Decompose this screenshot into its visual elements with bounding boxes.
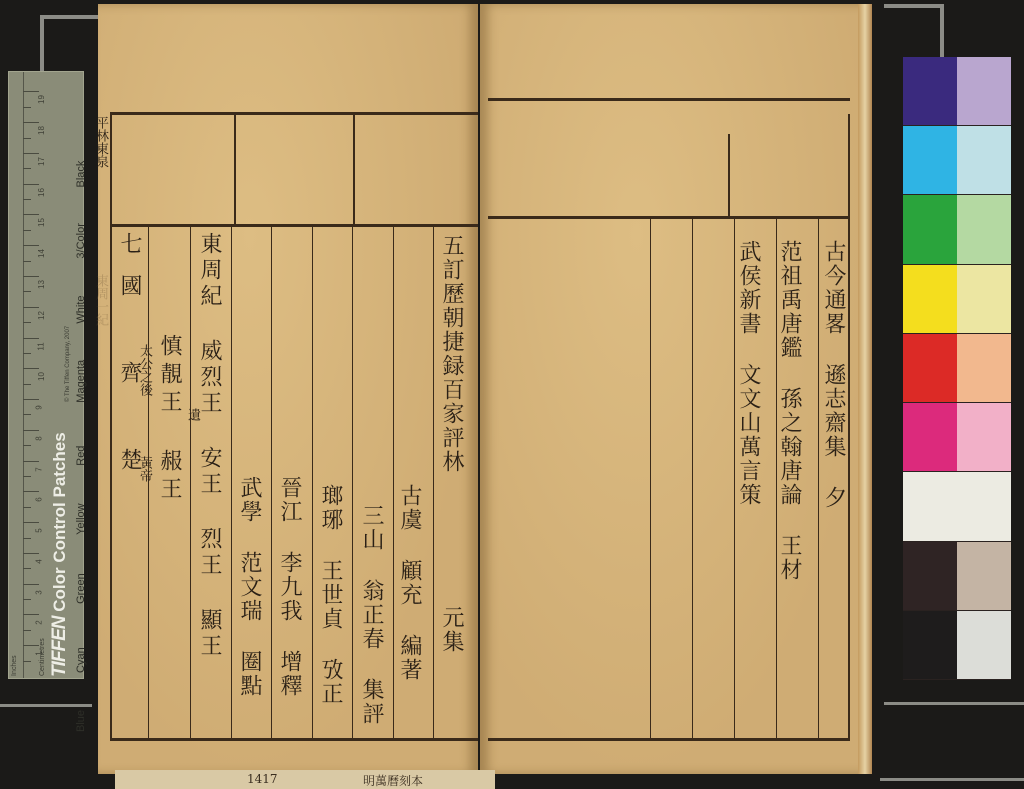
copyright-text: © The Tiffen Company, 2007 xyxy=(65,326,71,402)
ruler-tick xyxy=(23,338,39,339)
column-rule xyxy=(433,226,434,738)
background-line xyxy=(40,15,100,19)
page-edges xyxy=(858,4,872,774)
spine-label: 平林東泉 xyxy=(94,116,107,168)
ruler-tick xyxy=(23,614,39,615)
ruler-tick xyxy=(23,353,31,354)
column-rule xyxy=(650,218,651,738)
color-name: Black xyxy=(75,161,87,188)
color-patch xyxy=(903,542,957,611)
ruler-number: 12 xyxy=(37,311,46,320)
frame-header-bottom xyxy=(110,224,478,227)
ruler-tick xyxy=(23,599,31,600)
column-shenjing-wang: 慎靚王 赧王 xyxy=(158,334,180,505)
frame-bottom xyxy=(110,738,478,741)
color-name: Magenta xyxy=(75,327,87,403)
column-rule xyxy=(271,226,272,738)
column-reference-3: 武侯新書 文文山萬言策 xyxy=(737,240,759,507)
background-line xyxy=(884,702,1024,705)
ruler-tick xyxy=(23,384,31,385)
ruler-tick xyxy=(23,245,39,246)
column-editor-3: 晉江 李九我 增釋 xyxy=(278,476,300,698)
ruler-tick xyxy=(23,584,39,585)
ruler-number: 5 xyxy=(35,528,44,532)
color-patch xyxy=(957,126,1011,195)
color-name: Cyan xyxy=(75,607,87,673)
tiffen-logo: TIFFEN xyxy=(49,617,70,678)
ruler-tick xyxy=(23,261,31,262)
color-patch xyxy=(957,265,1011,334)
column-editor-4: 武學 范文瑞 圈點 xyxy=(238,476,260,698)
title-suffix: 元集 xyxy=(440,606,462,654)
ruler-tick xyxy=(23,322,31,323)
catalog-number: 1417 xyxy=(247,772,278,786)
color-patch xyxy=(903,403,957,472)
ruler-number: 9 xyxy=(35,405,44,409)
color-patch xyxy=(903,265,957,334)
column-author: 古虞 顧充 編著 xyxy=(398,484,420,682)
ruler-number: 16 xyxy=(37,188,46,197)
annotation-yi: 遺 xyxy=(186,408,199,421)
title-column: 五訂歷朝捷録百家評林 xyxy=(440,234,462,474)
ruler-number: 7 xyxy=(35,467,44,471)
right-page: 古今通畧 遜志齋集 ⼣ 范祖禹唐鑑 孫之翰唐論 王材 武侯新書 文文山萬言策 xyxy=(480,4,872,774)
ruler-tick xyxy=(23,122,39,123)
ruler-number: 15 xyxy=(37,219,46,228)
ruler-tick xyxy=(23,399,39,400)
ruler-tick xyxy=(23,430,39,431)
ruler-tick xyxy=(23,507,31,508)
column-reference-2: 范祖禹唐鑑 孫之翰唐論 王材 xyxy=(778,240,800,582)
ruler-number: 2 xyxy=(35,621,44,625)
background-line xyxy=(40,15,44,71)
inch-scale xyxy=(9,72,24,678)
column-reference-1: 古今通畧 遜志齋集 ⼣ xyxy=(822,240,844,510)
ruler-tick xyxy=(23,630,31,631)
color-patch xyxy=(957,334,1011,403)
background-line xyxy=(940,4,944,58)
ruler-tick xyxy=(23,538,31,539)
ruler-tick xyxy=(23,291,31,292)
catalog-label: 1417 明萬曆刻本 xyxy=(115,770,495,789)
color-patch xyxy=(903,472,1011,541)
frame-bottom xyxy=(488,738,850,741)
ruler-tick xyxy=(23,491,39,492)
open-book: 平林東泉 東周一紀 五訂歷朝捷録百家評林 元集 古虞 顧充 編著 三山 翁正春 … xyxy=(92,4,884,774)
column-rule xyxy=(148,226,149,738)
column-rule xyxy=(393,226,394,738)
ruler-tick xyxy=(23,168,31,169)
frame-right xyxy=(848,114,850,740)
color-patch xyxy=(903,334,957,403)
ruler-tick xyxy=(23,153,39,154)
column-rule xyxy=(692,218,693,738)
frame-left xyxy=(110,112,112,740)
column-editor-1: 三山 翁正春 集評 xyxy=(360,504,382,726)
ruler-number: 3 xyxy=(35,590,44,594)
column-eastern-zhou: 東周紀 威烈王 安王 烈王 顯王 xyxy=(198,232,220,660)
color-name: 3/Color xyxy=(75,191,87,259)
ruler-number: 11 xyxy=(37,342,46,350)
ruler-number: 6 xyxy=(35,498,44,502)
color-name: Green xyxy=(75,538,87,604)
centimetre-scale: 12345678910111213141516171819 xyxy=(23,72,39,678)
color-name: White xyxy=(75,262,87,324)
ruler-tick xyxy=(23,214,39,215)
centimetres-label: Centimetres xyxy=(39,638,46,676)
ruler-tick xyxy=(23,199,31,200)
annotation-huangdi: 黃帝 xyxy=(138,456,151,482)
color-names: Blue Cyan Green Yellow Red Magenta White… xyxy=(75,161,87,732)
ruler-tick xyxy=(23,138,31,139)
column-rule xyxy=(734,218,735,738)
ruler-tick xyxy=(23,461,39,462)
color-patch xyxy=(957,403,1011,472)
ruler-tick xyxy=(23,91,39,92)
color-patch xyxy=(903,126,957,195)
spine-label-lower: 東周一紀 xyxy=(94,274,107,326)
frame-top xyxy=(110,112,478,115)
color-patch xyxy=(957,57,1011,126)
column-rule xyxy=(231,226,232,738)
column-editor-2: 瑯琊 王世貞 攷正 xyxy=(319,484,341,706)
ruler-tick xyxy=(23,307,39,308)
ruler-number: 14 xyxy=(37,249,46,258)
color-name: Blue xyxy=(75,676,87,732)
background-line xyxy=(880,778,1024,781)
color-name: Red xyxy=(75,406,87,466)
inches-label: Inches xyxy=(11,655,18,676)
color-control-patches xyxy=(903,57,1013,680)
ruler-tick xyxy=(23,522,39,523)
ruler-tick xyxy=(23,568,31,569)
column-rule xyxy=(818,218,819,738)
header-divider xyxy=(728,134,730,218)
ruler-tick xyxy=(23,184,39,185)
frame-header-bottom xyxy=(488,216,850,219)
ruler-number: 4 xyxy=(35,559,44,563)
ruler-tick xyxy=(23,476,31,477)
header-divider xyxy=(234,114,236,226)
color-patch xyxy=(957,611,1011,680)
ruler-tick xyxy=(23,107,31,108)
color-control-ruler: 12345678910111213141516171819 Inches Cen… xyxy=(8,71,84,679)
color-patch xyxy=(903,611,957,680)
ruler-number: 8 xyxy=(35,436,44,440)
frame-top xyxy=(488,98,850,101)
ruler-number: 18 xyxy=(37,126,46,135)
column-rule xyxy=(352,226,353,738)
ruler-tick xyxy=(23,368,39,369)
ruler-tick xyxy=(23,414,31,415)
background-line xyxy=(884,4,942,8)
ruler-tick xyxy=(23,645,39,646)
ruler-number: 19 xyxy=(37,95,46,104)
header-divider xyxy=(353,114,355,226)
left-page: 平林東泉 東周一紀 五訂歷朝捷録百家評林 元集 古虞 顧充 編著 三山 翁正春 … xyxy=(98,4,478,774)
color-name: Yellow xyxy=(75,469,87,535)
column-rule xyxy=(312,226,313,738)
column-rule xyxy=(190,226,191,738)
product-name: Color Control Patches xyxy=(50,432,69,611)
ruler-tick xyxy=(23,661,31,662)
tiffen-brand: TIFFEN Color Control Patches xyxy=(49,432,71,677)
ruler-tick xyxy=(23,445,31,446)
color-patch xyxy=(903,195,957,264)
color-patch xyxy=(957,195,1011,264)
ruler-number: 13 xyxy=(37,280,46,289)
color-patch xyxy=(957,542,1011,611)
catalog-text: 明萬曆刻本 xyxy=(363,772,423,789)
ruler-number: 10 xyxy=(37,372,46,381)
ruler-number: 17 xyxy=(37,157,46,166)
ruler-tick xyxy=(23,553,39,554)
ruler-tick xyxy=(23,230,31,231)
color-patch xyxy=(903,57,957,126)
annotation-taigong: 太公之後 xyxy=(138,344,151,396)
ruler-tick xyxy=(23,276,39,277)
